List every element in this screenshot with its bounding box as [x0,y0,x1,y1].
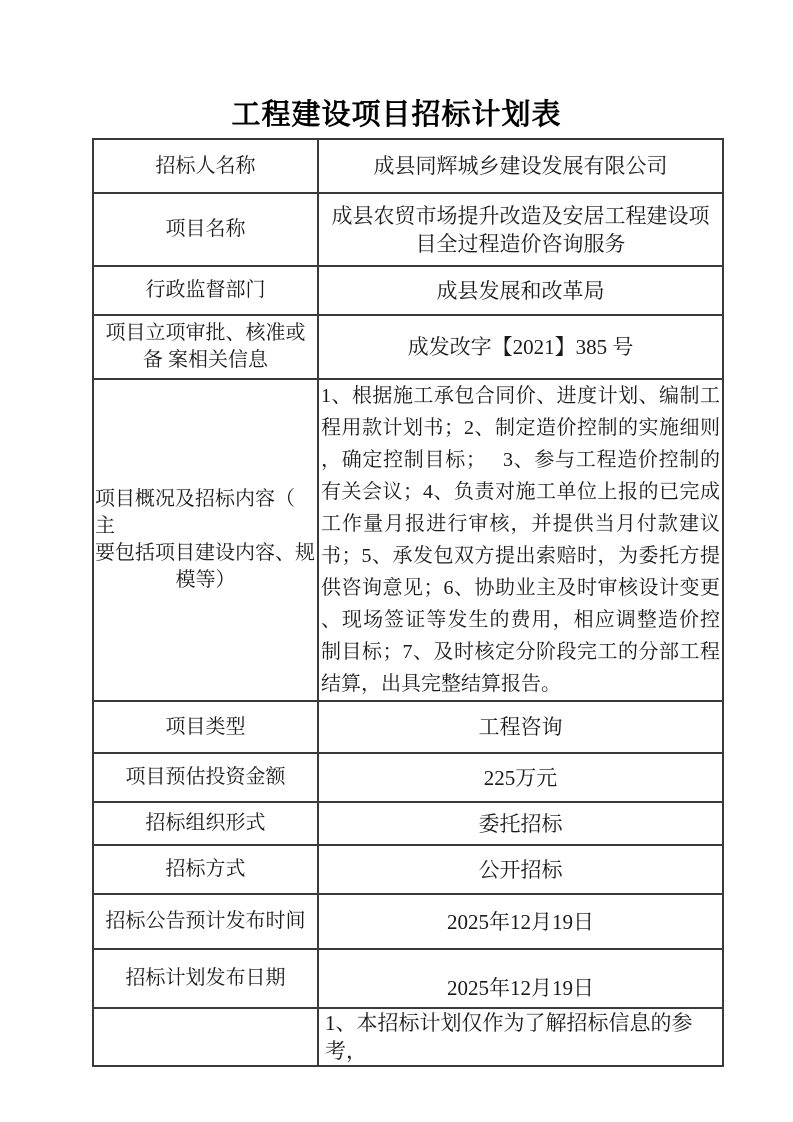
table-row-announcement-date: 招标公告预计发布时间 2025年12月19日 [93,894,723,949]
table-row-note: 1、本招标计划仅作为了解招标信息的参考， [93,1008,723,1066]
row-value-announcement-date: 2025年12月19日 [318,894,723,949]
row-value-approval-info: 成发改字【2021】385 号 [318,315,723,379]
bidding-plan-table: 招标人名称 成县同辉城乡建设发展有限公司 项目名称 成县农贸市场提升改造及安居工… [92,138,724,1067]
row-label-bidding-method: 招标方式 [93,845,318,894]
document-page: 工程建设项目招标计划表 招标人名称 成县同辉城乡建设发展有限公司 项目名称 成县… [0,0,793,1122]
table-row-plan-publish-date: 招标计划发布日期 2025年12月19日 [93,949,723,1008]
row-label-note [93,1008,318,1066]
row-label-project-name: 项目名称 [93,193,318,266]
row-value-organization-form: 委托招标 [318,802,723,845]
table-row-project-overview: 项目概况及招标内容（主要包括项目建设内容、规模等） 1、根据施工承包合同价、进度… [93,379,723,701]
row-label-organization-form: 招标组织形式 [93,802,318,845]
row-label-project-type: 项目类型 [93,701,318,753]
table-row-approval-info: 项目立项审批、核准或备 案相关信息 成发改字【2021】385 号 [93,315,723,379]
row-value-project-type: 工程咨询 [318,701,723,753]
table-row-project-type: 项目类型 工程咨询 [93,701,723,753]
row-label-bidder-name: 招标人名称 [93,139,318,193]
row-value-project-name: 成县农贸市场提升改造及安居工程建设项目全过程造价咨询服务 [318,193,723,266]
row-label-plan-publish-date: 招标计划发布日期 [93,949,318,1008]
row-value-bidding-method: 公开招标 [318,845,723,894]
row-value-plan-publish-date: 2025年12月19日 [318,949,723,1008]
page-title: 工程建设项目招标计划表 [0,92,793,133]
row-value-note: 1、本招标计划仅作为了解招标信息的参考， [318,1008,723,1066]
table-row-bidding-method: 招标方式 公开招标 [93,845,723,894]
row-label-announcement-date: 招标公告预计发布时间 [93,894,318,949]
table-row-project-name: 项目名称 成县农贸市场提升改造及安居工程建设项目全过程造价咨询服务 [93,193,723,266]
row-value-project-overview: 1、根据施工承包合同价、进度计划、编制工程用款计划书；2、制定造价控制的实施细则… [318,379,723,701]
row-label-project-overview: 项目概况及招标内容（主要包括项目建设内容、规模等） [93,379,318,701]
table-row-supervising-department: 行政监督部门 成县发展和改革局 [93,266,723,315]
row-value-supervising-department: 成县发展和改革局 [318,266,723,315]
table-row-organization-form: 招标组织形式 委托招标 [93,802,723,845]
row-value-bidder-name: 成县同辉城乡建设发展有限公司 [318,139,723,193]
table-row-estimated-investment: 项目预估投资金额 225万元 [93,753,723,802]
row-label-approval-info: 项目立项审批、核准或备 案相关信息 [93,315,318,379]
row-label-estimated-investment: 项目预估投资金额 [93,753,318,802]
row-value-estimated-investment: 225万元 [318,753,723,802]
row-label-supervising-department: 行政监督部门 [93,266,318,315]
table-row-bidder-name: 招标人名称 成县同辉城乡建设发展有限公司 [93,139,723,193]
